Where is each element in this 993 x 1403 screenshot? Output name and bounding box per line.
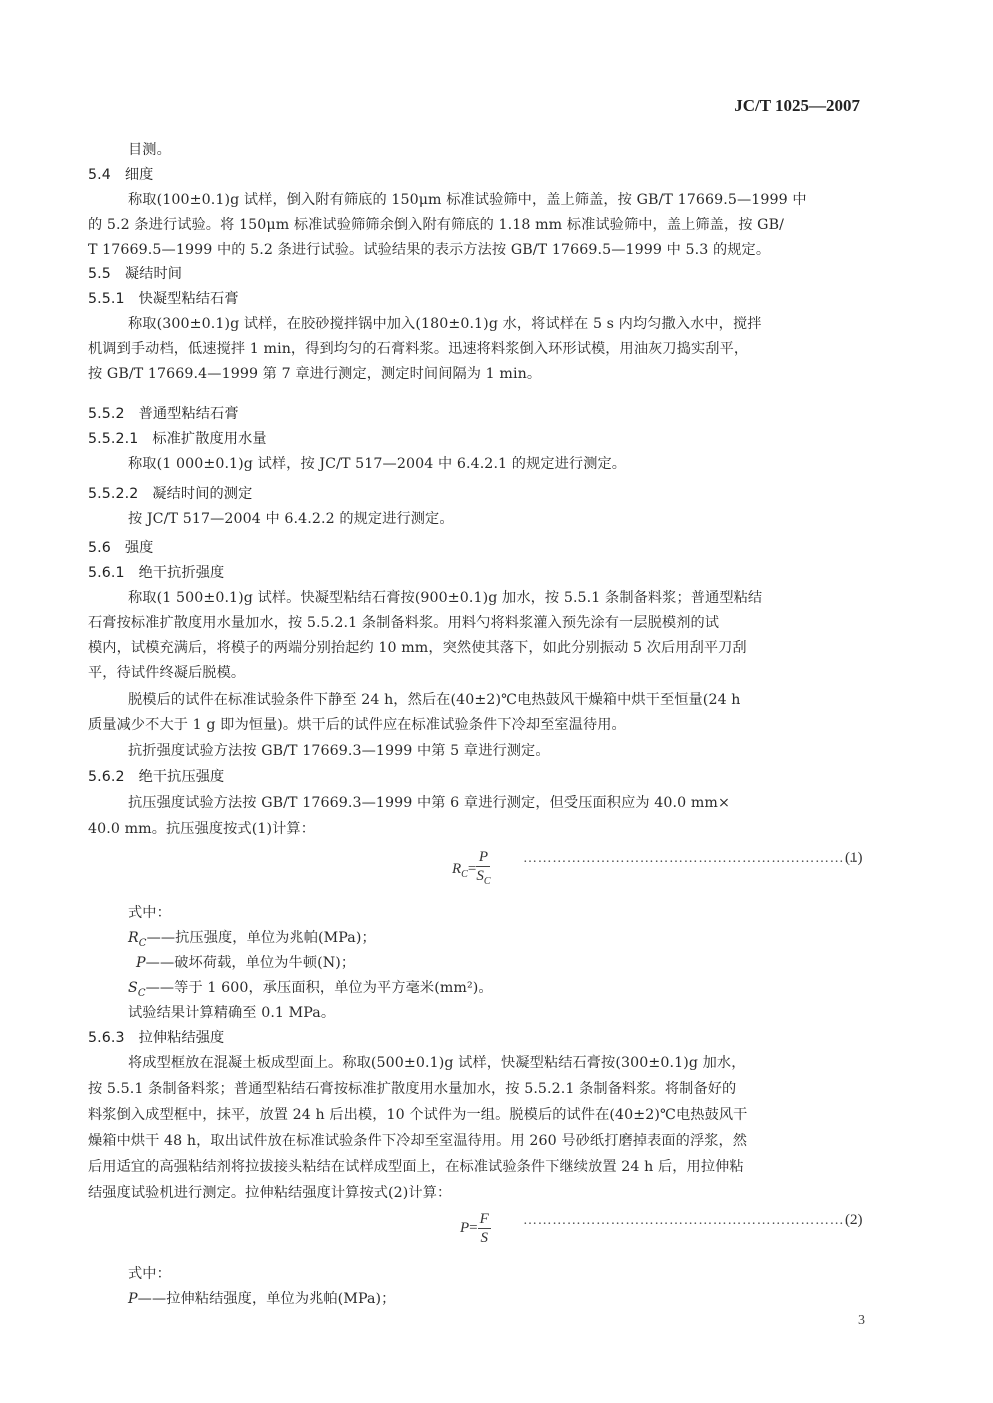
variable-definition: P——拉伸粘结强度，单位为兆帕(MPa)；: [128, 1289, 903, 1309]
paragraph-line: 燥箱中烘干 48 h，取出试件放在标准试验条件下冷却至室温待用。用 260 号砂…: [88, 1131, 863, 1151]
section-number: 5.6: [88, 538, 111, 558]
paragraph-line: T 17669.5—1999 中的 5.2 条进行试验。试验结果的表示方法按 G…: [88, 240, 863, 260]
paragraph-line: 按 5.5.1 条制备料浆；普通型粘结石膏按标准扩散度用水量加水，按 5.5.2…: [88, 1079, 863, 1099]
paragraph-line: 料浆倒入成型框中，抹平，放置 24 h 后出模，10 个试件为一组。脱模后的试件…: [88, 1105, 863, 1125]
formula-lhs: R: [452, 861, 461, 877]
paragraph-line: 目测。: [128, 140, 903, 160]
denominator: S: [478, 1229, 491, 1247]
section-heading-5-5-2-2: 5.5.2.2凝结时间的测定: [88, 484, 863, 504]
paragraph-line: 按 GB/T 17669.4—1999 第 7 章进行测定，测定时间间隔为 1 …: [88, 364, 863, 384]
section-title: 拉伸粘结强度: [139, 1030, 225, 1046]
paragraph-line: 后用适宜的高强粘结剂将拉拔接头粘结在试样成型面上，在标准试验条件下继续放置 24…: [88, 1157, 863, 1177]
paragraph-line: 质量减少不大于 1 g 即为恒量)。烘干后的试件应在标准试验条件下冷却至室温待用…: [88, 715, 863, 735]
variable-definition: P——破坏荷载，单位为牛顿(N)；: [136, 953, 911, 973]
paragraph-line: 40.0 mm。抗压强度按式(1)计算：: [88, 819, 863, 839]
section-heading-5-5-2-1: 5.5.2.1标准扩散度用水量: [88, 429, 863, 449]
section-title: 标准扩散度用水量: [152, 431, 266, 447]
formula-1: RC=PSC: [452, 848, 490, 891]
paragraph-line: 试验结果计算精确至 0.1 MPa。: [128, 1003, 903, 1023]
section-heading-5-6-3: 5.6.3拉伸粘结强度: [88, 1028, 863, 1048]
variable-definition: SC——等于 1 600，承压面积，单位为平方毫米(mm²)。: [128, 978, 903, 1004]
paragraph-line: 结强度试验机进行测定。拉伸粘结强度计算按式(2)计算：: [88, 1183, 863, 1203]
denominator: SC: [476, 867, 490, 891]
formula-lhs-sub: C: [461, 869, 468, 880]
section-number: 5.6.2: [88, 767, 125, 787]
section-heading-5-6-1: 5.6.1绝干抗折强度: [88, 563, 863, 583]
paragraph-line: 按 JC/T 517—2004 中 6.4.2.2 的规定进行测定。: [128, 509, 903, 529]
section-heading-5-6: 5.6强度: [88, 538, 863, 558]
paragraph-line: 抗压强度试验方法按 GB/T 17669.3—1999 中第 6 章进行测定，但…: [128, 793, 903, 813]
paragraph-line: 称取(100±0.1)g 试样，倒入附有筛底的 150μm 标准试验筛中，盖上筛…: [128, 190, 903, 210]
page-number: 3: [858, 1313, 865, 1329]
section-number: 5.5.2: [88, 404, 125, 424]
section-heading-5-5: 5.5凝结时间: [88, 264, 863, 284]
numerator: F: [478, 1210, 491, 1229]
paragraph-line: 石膏按标准扩散度用水量加水，按 5.5.2.1 条制备料浆。用料勺将料浆灌入预先…: [88, 613, 863, 633]
section-number: 5.5.1: [88, 289, 125, 309]
paragraph-line: 称取(300±0.1)g 试样，在胶砂搅拌锅中加入(180±0.1)g 水，将试…: [128, 314, 903, 334]
section-heading-5-6-2: 5.6.2绝干抗压强度: [88, 767, 863, 787]
section-title: 凝结时间: [125, 266, 182, 282]
leader-dots: ……………………………………………………………: [523, 1213, 859, 1229]
equation-number: (2): [845, 1212, 863, 1229]
document-page: JC/T 1025—2007 目测。 5.4细度 称取(100±0.1)g 试样…: [0, 0, 993, 1403]
section-number: 5.5.2.1: [88, 429, 138, 449]
paragraph-line: 抗折强度试验方法按 GB/T 17669.3—1999 中第 5 章进行测定。: [128, 741, 903, 761]
paragraph-line: 将成型框放在混凝土板成型面上。称取(500±0.1)g 试样，快凝型粘结石膏按(…: [128, 1053, 903, 1073]
paragraph-line: 模内，试模充满后，将模子的两端分别抬起约 10 mm，突然使其落下，如此分别振动…: [88, 638, 863, 658]
section-title: 绝干抗折强度: [139, 565, 225, 581]
fraction: PSC: [476, 848, 490, 891]
section-heading-5-4: 5.4细度: [88, 165, 863, 185]
formula-lhs: P: [460, 1220, 469, 1236]
where-label: 式中：: [128, 1264, 903, 1284]
section-number: 5.5: [88, 264, 111, 284]
paragraph-line: 机调到手动档，低速搅拌 1 min，得到均匀的石膏料浆。迅速将料浆倒入环形试模，…: [88, 339, 863, 359]
section-title: 绝干抗压强度: [139, 769, 225, 785]
section-title: 凝结时间的测定: [152, 486, 252, 502]
equation-number: (1): [845, 850, 863, 867]
section-heading-5-5-2: 5.5.2普通型粘结石膏: [88, 404, 863, 424]
section-title: 强度: [125, 540, 154, 556]
paragraph-line: 脱模后的试件在标准试验条件下静至 24 h，然后在(40±2)℃电热鼓风干燥箱中…: [128, 690, 903, 710]
fraction: FS: [478, 1210, 491, 1247]
formula-2: P=FS: [460, 1210, 491, 1247]
section-title: 细度: [125, 167, 154, 183]
paragraph-line: 平，待试件终凝后脱模。: [88, 663, 863, 683]
numerator: P: [476, 848, 490, 867]
paragraph-line: 的 5.2 条进行试验。将 150μm 标准试验筛筛余倒入附有筛底的 1.18 …: [88, 215, 863, 235]
leader-dots: ……………………………………………………………: [523, 851, 859, 867]
where-label: 式中：: [128, 903, 903, 923]
variable-definition: RC——抗压强度，单位为兆帕(MPa)；: [128, 928, 903, 954]
section-title: 快凝型粘结石膏: [139, 291, 239, 307]
section-heading-5-5-1: 5.5.1快凝型粘结石膏: [88, 289, 863, 309]
section-number: 5.6.1: [88, 563, 125, 583]
paragraph-line: 称取(1 500±0.1)g 试样。快凝型粘结石膏按(900±0.1)g 加水，…: [128, 588, 903, 608]
section-title: 普通型粘结石膏: [139, 406, 239, 422]
section-number: 5.6.3: [88, 1028, 125, 1048]
section-number: 5.4: [88, 165, 111, 185]
paragraph-line: 称取(1 000±0.1)g 试样，按 JC/T 517—2004 中 6.4.…: [128, 454, 903, 474]
section-number: 5.5.2.2: [88, 484, 138, 504]
standard-id-header: JC/T 1025—2007: [734, 96, 860, 116]
